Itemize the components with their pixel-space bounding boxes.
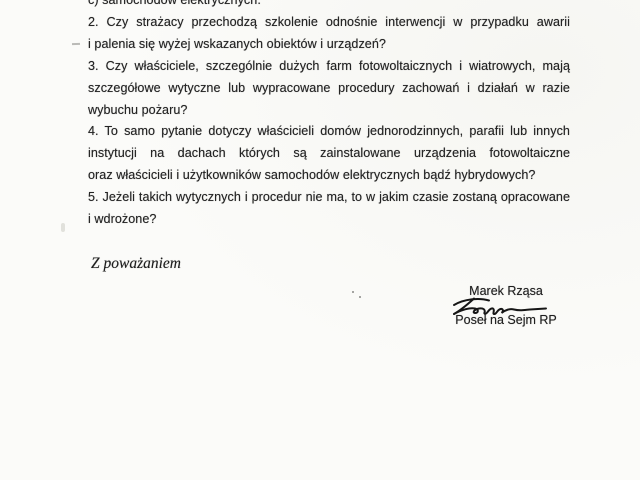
scan-artifact (72, 43, 80, 45)
scan-artifact (352, 291, 354, 293)
letter-line: instytucji na dachach których są zainsta… (88, 143, 570, 165)
letter-line: 5. Jeżeli takich wytycznych i procedur n… (88, 187, 570, 209)
letter-line: wybuchu pożaru? (88, 100, 570, 122)
scan-artifact (359, 296, 361, 298)
letter-line: c) samochodów elektrycznych. (88, 0, 570, 12)
letter-line: 4. To samo pytanie dotyczy właścicieli d… (88, 121, 570, 143)
letter-line: szczegółowe wytyczne lub wypracowane pro… (88, 78, 570, 100)
scanned-letter-page: c) samochodów elektrycznych. 2. Czy stra… (0, 0, 640, 480)
letter-line: 3. Czy właściciele, szczególnie dużych f… (88, 56, 570, 78)
letter-body: c) samochodów elektrycznych. 2. Czy stra… (88, 0, 570, 231)
valediction: Z poważaniem (91, 254, 181, 274)
letter-line: i palenia się wyżej wskazanych obiektów … (88, 34, 570, 56)
signatory-title: Poseł na Sejm RP (440, 313, 572, 328)
letter-line: i wdrożone? (88, 209, 570, 231)
scan-artifact (61, 223, 65, 232)
letter-line: oraz właścicieli i użytkowników samochod… (88, 165, 570, 187)
letter-line: 2. Czy strażacy przechodzą szkolenie odn… (88, 12, 570, 34)
signature-block: Marek Rząsa Poseł na Sejm RP (440, 284, 572, 334)
